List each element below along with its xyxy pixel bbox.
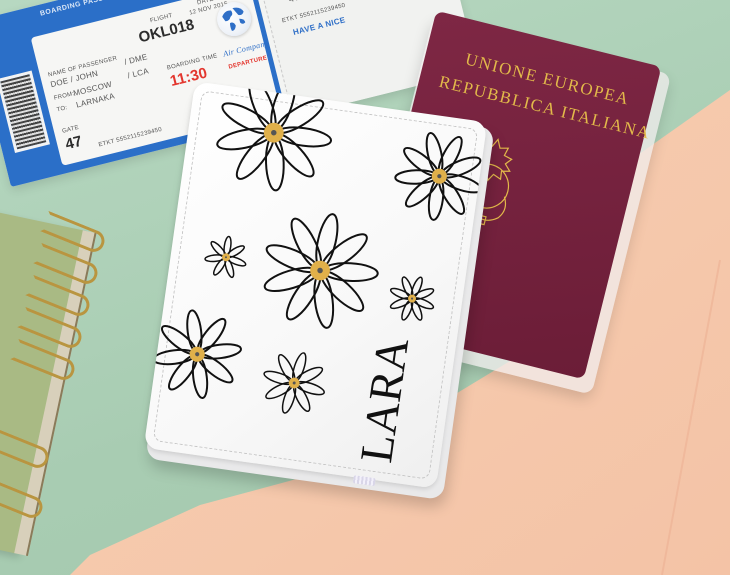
- daisy-pattern: [144, 81, 488, 488]
- passport-cover: LARA: [144, 81, 488, 488]
- daisy-icon: [147, 304, 247, 404]
- from-label: FROM:: [53, 91, 75, 102]
- daisy-icon: [258, 347, 330, 419]
- from-code: / DME: [123, 52, 148, 66]
- daisy-icon: [209, 81, 339, 198]
- stub-gate: 47: [288, 0, 301, 4]
- daisy-icon: [389, 127, 487, 226]
- product-photo: BOARDING PASS NAME OF PASSENGER DOE / JO…: [0, 0, 730, 575]
- flight-number: OKL018: [137, 16, 196, 46]
- to-label: TO:: [56, 105, 68, 113]
- gate-number: 47: [64, 133, 84, 154]
- to-code: / LCA: [127, 66, 150, 80]
- daisy-icon: [202, 234, 250, 281]
- daisy-icon: [254, 205, 385, 336]
